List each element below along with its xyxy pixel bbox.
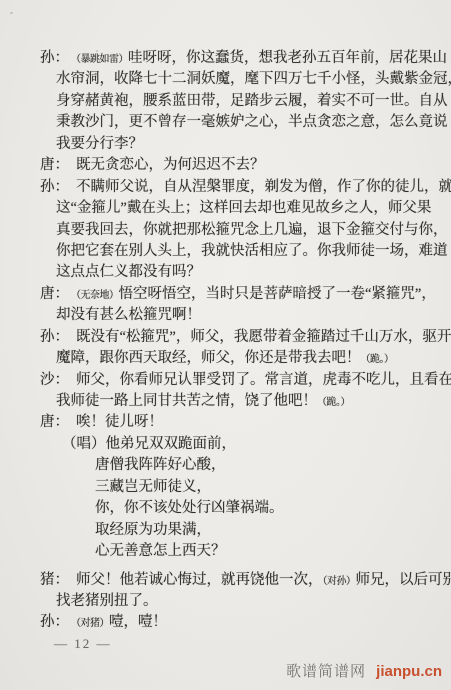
line-text: 找老猪别扭了。 bbox=[56, 593, 158, 609]
watermark: 歌谱简谱网 jianpu.cn bbox=[286, 660, 442, 681]
line-text: 师父，你看师兄认罪受罚了。常言道，虎毒不吃儿，且看在 bbox=[76, 372, 451, 388]
stage-direction: （无奈地） bbox=[76, 290, 119, 301]
watermark-site-url: jianpu.cn bbox=[376, 663, 442, 680]
line-text: 魔障，跟你西天取经，师父，你还是带我去吧！（跪。） bbox=[56, 350, 394, 366]
page-number: — 12 — bbox=[54, 636, 112, 652]
line-text: （暴跳如雷）哇呀呀，你这蠢货，想我老孙五百年前，居花果山 bbox=[76, 50, 447, 66]
script-line: 孙：既没有“松箍咒”，师父，我愿带着金箍踏过千山万水，驱开 bbox=[0, 327, 451, 348]
line-text: 你，你不该处处行凶肇祸端。 bbox=[95, 500, 284, 516]
line-text: 取经原为功果满， bbox=[95, 522, 211, 538]
script-line: 猪：师父！他若诚心悔过，就再饶他一次，（对孙）师兄，以后可别 bbox=[0, 570, 451, 591]
line-text: 既无贪恋心，为何迟迟不去？ bbox=[76, 157, 265, 173]
line-text: 你把它套在别人头上，我就快活相应了。你我师徒一场，难道 bbox=[56, 243, 448, 259]
script-line: 唐：（无奈地）悟空呀悟空，当时只是菩萨暗授了一卷“紧箍咒”， bbox=[0, 284, 451, 305]
script-line: 你，你不该处处行凶肇祸端。 bbox=[0, 498, 451, 519]
script-lines: 孙：（暴跳如雷）哇呀呀，你这蠢货，想我老孙五百年前，居花果山水帘洞，收降七十二洞… bbox=[0, 48, 451, 634]
line-text: 既没有“松箍咒”，师父，我愿带着金箍踏过千山万水，驱开 bbox=[76, 329, 451, 345]
speaker-label: 沙： bbox=[40, 372, 69, 388]
script-line: 唐：既无贪恋心，为何迟迟不去？ bbox=[0, 155, 451, 176]
line-text: 这点点仁义都没有吗？ bbox=[56, 264, 201, 280]
stage-direction: （跪。） bbox=[361, 354, 394, 365]
line-text: 我师徒一路上同甘共苦之情，饶了他吧！（跪。） bbox=[56, 393, 350, 409]
line-text: （对猪）噎，噎！ bbox=[76, 614, 167, 630]
script-line: 心无善意怎上西天？ bbox=[0, 541, 451, 562]
script-line: 唐：唉！徒儿呀！ bbox=[0, 412, 451, 433]
line-text: 却没有甚么松箍咒啊！ bbox=[56, 307, 201, 323]
scanned-page: 孙：（暴跳如雷）哇呀呀，你这蠢货，想我老孙五百年前，居花果山水帘洞，收降七十二洞… bbox=[0, 0, 451, 690]
speaker-label: 孙： bbox=[40, 50, 69, 66]
script-line: 取经原为功果满， bbox=[0, 520, 451, 541]
script-line: 你把它套在别人头上，我就快活相应了。你我师徒一场，难道 bbox=[0, 241, 451, 262]
line-text: 身穿赭黄袍，腰系蓝田带，足踏步云履，着实不可一世。自从 bbox=[56, 93, 448, 109]
line-text: 师父！他若诚心悔过，就再饶他一次，（对孙）师兄，以后可别 bbox=[76, 572, 451, 588]
speaker-label: 孙： bbox=[40, 179, 69, 195]
script-line: 唐僧我阵阵好心酸， bbox=[0, 455, 451, 476]
line-text: （无奈地）悟空呀悟空，当时只是菩萨暗授了一卷“紧箍咒”， bbox=[76, 286, 436, 302]
line-text: 我要分行李？ bbox=[56, 136, 143, 152]
line-text: 不瞒师父说，自从涅槃罪度，剃发为僧，作了你的徒儿，就把 bbox=[76, 179, 451, 195]
line-text: 唉！徒儿呀！ bbox=[76, 414, 163, 430]
line-text: 秉教沙门，更不曾存一毫嫉妒之心，半点贪恋之意，怎么竟说 bbox=[56, 114, 448, 130]
script-line: 魔障，跟你西天取经，师父，你还是带我去吧！（跪。） bbox=[0, 348, 451, 369]
script-line: 我师徒一路上同甘共苦之情，饶了他吧！（跪。） bbox=[0, 391, 451, 412]
line-text: 真要我回去，你就把那松箍咒念上几遍，退下金箍交付与你， bbox=[56, 222, 448, 238]
script-line: 真要我回去，你就把那松箍咒念上几遍，退下金箍交付与你， bbox=[0, 220, 451, 241]
script-line: 孙：（对猪）噎，噎！ bbox=[0, 612, 451, 633]
script-line: 我要分行李？ bbox=[0, 134, 451, 155]
script-line: 身穿赭黄袍，腰系蓝田带，足踏步云履，着实不可一世。自从 bbox=[0, 91, 451, 112]
line-text: （唱）他弟兄双双跪面前， bbox=[62, 436, 236, 452]
line-text: 心无善意怎上西天？ bbox=[95, 543, 226, 559]
line-text: 这“金箍儿”戴在头上；这样回去却也难见故乡之人，师父果 bbox=[56, 200, 431, 216]
speaker-label: 唐： bbox=[40, 286, 69, 302]
speaker-label: 孙： bbox=[40, 329, 69, 345]
speaker-label: 唐： bbox=[40, 157, 69, 173]
script-line: （唱）他弟兄双双跪面前， bbox=[0, 434, 451, 455]
stage-direction: （暴跳如雷） bbox=[76, 54, 128, 65]
line-text: 三藏岂无师徒义， bbox=[95, 479, 211, 495]
speaker-label: 唐： bbox=[40, 414, 69, 430]
speaker-label: 猪： bbox=[40, 572, 69, 588]
line-text: 唐僧我阵阵好心酸， bbox=[95, 457, 226, 473]
script-line: 秉教沙门，更不曾存一毫嫉妒之心，半点贪恋之意，怎么竟说 bbox=[0, 112, 451, 133]
stage-direction: （对孙） bbox=[323, 576, 356, 587]
script-line: 找老猪别扭了。 bbox=[0, 591, 451, 612]
script-line: 却没有甚么松箍咒啊！ bbox=[0, 305, 451, 326]
speaker-label: 孙： bbox=[40, 614, 69, 630]
script-line: 三藏岂无师徒义， bbox=[0, 477, 451, 498]
stage-direction: （跪。） bbox=[317, 397, 350, 408]
script-line: 孙：不瞒师父说，自从涅槃罪度，剃发为僧，作了你的徒儿，就把 bbox=[0, 177, 451, 198]
script-line: 沙：师父，你看师兄认罪受罚了。常言道，虎毒不吃儿，且看在 bbox=[0, 370, 451, 391]
stage-direction: （对猪） bbox=[76, 618, 109, 629]
watermark-site-name: 歌谱简谱网 bbox=[286, 663, 366, 680]
script-line: 这点点仁义都没有吗？ bbox=[0, 262, 451, 283]
script-line: 这“金箍儿”戴在头上；这样回去却也难见故乡之人，师父果 bbox=[0, 198, 451, 219]
script-line: 水帘洞，收降七十二洞妖魔，麾下四万七千小怪，头戴紫金冠， bbox=[0, 69, 451, 90]
script-line: 孙：（暴跳如雷）哇呀呀，你这蠢货，想我老孙五百年前，居花果山 bbox=[0, 48, 451, 69]
line-text: 水帘洞，收降七十二洞妖魔，麾下四万七千小怪，头戴紫金冠， bbox=[56, 71, 451, 87]
